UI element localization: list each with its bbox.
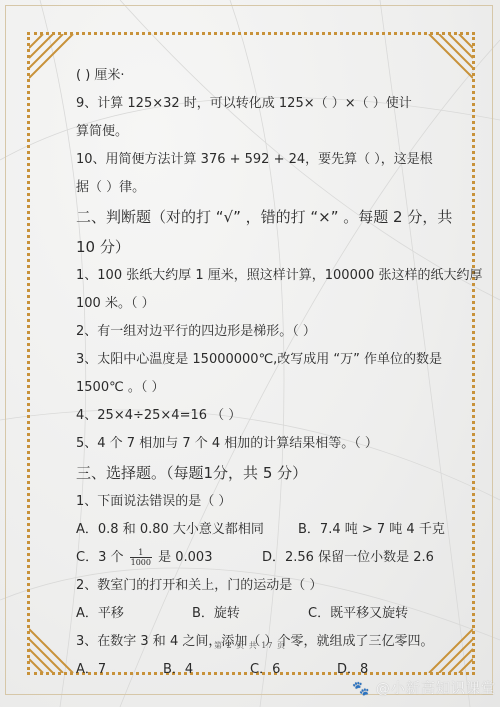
choice-1-option-d: D．2.56 保留一位小数是 2.6 xyxy=(262,544,434,572)
choice-question-1-options-row1: A．0.8 和 0.80 大小意义都相同 B．7.4 吨 > 7 吨 4 千克 xyxy=(76,516,466,544)
watermark: 🐾 @小新高知识课堂 xyxy=(352,678,496,698)
fraction-one-thousandth: 1 1000 xyxy=(130,548,152,567)
question-9-line1: 9、计算 125×32 时，可以转化成 125×（ ）×（ ）使计 xyxy=(76,90,466,118)
choice-2-option-a: A．平移 xyxy=(76,600,124,628)
section-3-heading: 三、选择题。（每题1分，共 5 分） xyxy=(76,458,466,488)
judge-question-3-line1: 3、太阳中心温度是 15000000℃,改写成用 “万” 作单位的数是 xyxy=(76,346,466,374)
choice-1-option-c-prefix: C．3 个 xyxy=(76,550,123,565)
question-10-line2: 据（ ）律。 xyxy=(76,174,466,202)
choice-1-option-a: A．0.8 和 0.80 大小意义都相同 xyxy=(76,516,264,544)
choice-2-option-b: B．旋转 xyxy=(192,600,240,628)
page-number-footer: 第 2 页 共 17 页 xyxy=(0,640,500,651)
choice-1-option-b: B．7.4 吨 > 7 吨 4 千克 xyxy=(298,516,445,544)
judge-question-5: 5、4 个 7 相加与 7 个 4 相加的计算结果相等。（ ） xyxy=(76,430,466,458)
judge-question-1-line2: 100 米。（ ） xyxy=(76,290,466,318)
choice-3-option-b: B．4 xyxy=(163,656,193,684)
question-10-line1: 10、用简便方法计算 376 + 592 + 24，要先算（ ），这是根 xyxy=(76,146,466,174)
choice-question-2-options: A．平移 B．旋转 C．既平移又旋转 xyxy=(76,600,466,628)
judge-question-4: 4、25×4÷25×4=16 （ ） xyxy=(76,402,466,430)
worksheet-content: ( ) 厘米· 9、计算 125×32 时，可以转化成 125×（ ）×（ ）使… xyxy=(76,62,466,684)
judge-question-3-line2: 1500℃ 。（ ） xyxy=(76,374,466,402)
choice-1-option-c-suffix: 是 0.003 xyxy=(158,550,212,565)
fraction-denominator: 1000 xyxy=(130,558,152,567)
choice-2-option-c: C．既平移又旋转 xyxy=(308,600,408,628)
section-2-heading-line2: 10 分） xyxy=(76,232,466,262)
section-2-heading-line1: 二、判断题（对的打 “√” ，错的打 “×” 。每题 2 分，共 xyxy=(76,202,466,232)
choice-question-2-stem: 2、教室门的打开和关上，门的运动是（ ） xyxy=(76,572,466,600)
choice-question-1-options-row2: C．3 个 1 1000 是 0.003 D．2.56 保留一位小数是 2.6 xyxy=(76,544,466,572)
choice-question-1-stem: 1、下面说法错误的是（ ） xyxy=(76,488,466,516)
fraction-numerator: 1 xyxy=(130,548,152,558)
choice-3-option-c: C．6 xyxy=(250,656,280,684)
choice-1-option-c: C．3 个 1 1000 是 0.003 xyxy=(76,544,212,572)
judge-question-1-line1: 1、100 张纸大约厚 1 厘米，照这样计算，100000 张这样的纸大约厚 xyxy=(76,262,466,290)
choice-3-option-a: A．7 xyxy=(76,656,106,684)
question-8-continuation: ( ) 厘米· xyxy=(76,62,466,90)
question-9-line2: 算简便。 xyxy=(76,118,466,146)
judge-question-2: 2、有一组对边平行的四边形是梯形。（ ） xyxy=(76,318,466,346)
